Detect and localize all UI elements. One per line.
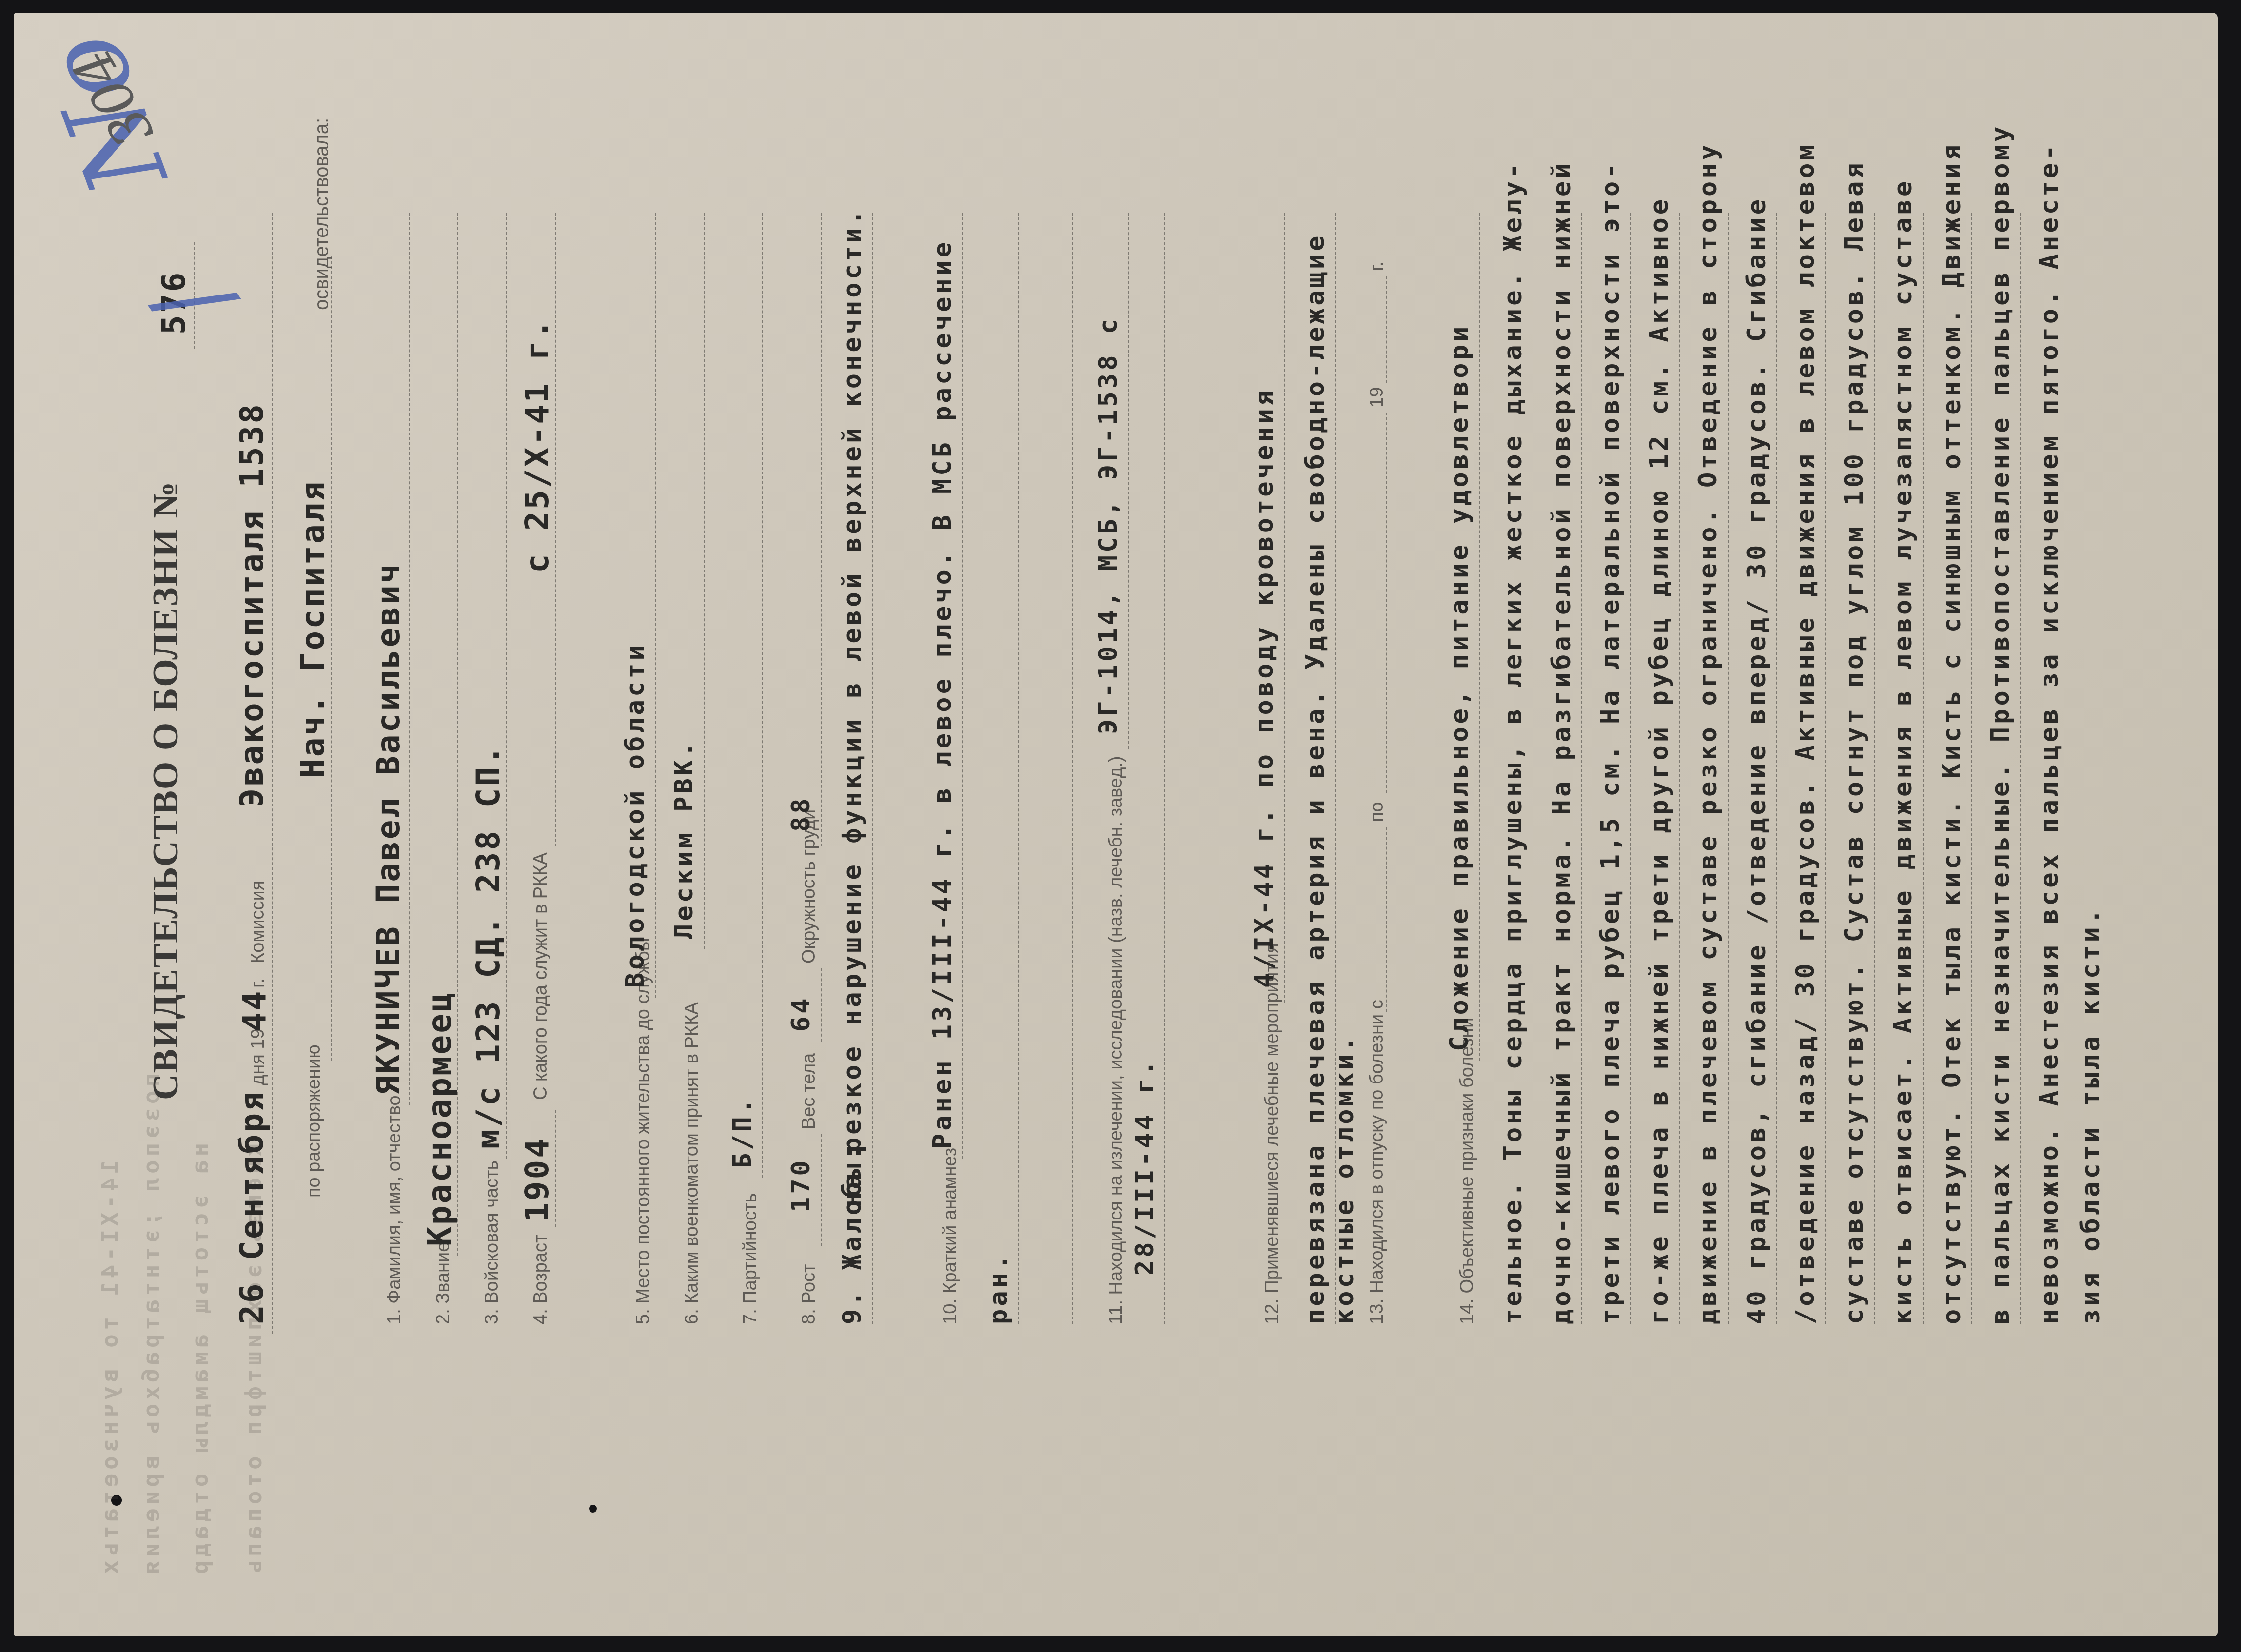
rule (331, 256, 332, 1061)
rule (1128, 213, 1129, 749)
field-9-value: на резкое нарушение функции в левой верх… (838, 207, 867, 1207)
rotated-page: 14-XI-41 то вучнзоетатьх позэпол ;этнтат… (14, 13, 2218, 1636)
rule (555, 213, 556, 846)
field-13-label: 13. Находился в отпуску по болезни с (1367, 1000, 1388, 1324)
document-sheet: 14-XI-41 то вучнзоетатьх позэпол ;этнтат… (14, 13, 2218, 1636)
rule (1630, 213, 1631, 1324)
field-10-label: 10. Краткий анамнез (940, 1148, 961, 1324)
field-8-chest-label: Окружность груди (799, 809, 820, 964)
rule (1874, 213, 1875, 1324)
field-14-label: 14. Объективные признаки болезни (1457, 1018, 1478, 1324)
field-8-label: 8. Рост (799, 1264, 820, 1324)
field-14-line: суставе отсутствуют. Сустав согнут под у… (1840, 160, 1869, 1324)
field-6-label: 6. Каким военкоматом принят в РККА (682, 1002, 703, 1324)
field-8-height-value: 170 (786, 1158, 816, 1212)
date-day-month: 26 Сентября (233, 1090, 271, 1324)
rule (1581, 213, 1582, 1324)
rule (409, 213, 410, 1105)
rule (1072, 213, 1073, 1324)
field-12-value: 4/IX-44 г. по поводу кровотечения (1250, 388, 1279, 988)
bleed-through-text: 14-XI-41 то вучнзоетатьх (97, 1160, 123, 1578)
field-14-line: невозможно. Анестезия всех пальцев за ис… (2035, 142, 2064, 1324)
field-14-line: тельное. Тоны сердца приглушены, в легки… (1498, 160, 1528, 1324)
field-14-line: кисть отвисает. Активные движения в лево… (1888, 178, 1918, 1324)
rule (1284, 213, 1285, 1003)
field-4-label: 4. Возраст (531, 1235, 551, 1324)
field-8-weight-label: Вес тела (799, 1053, 820, 1129)
rule (1728, 213, 1729, 1324)
rule (1479, 213, 1480, 1061)
rule (655, 213, 656, 998)
rule (1164, 213, 1165, 1324)
commission-value: Эвакогоспиталя 1538 (233, 402, 271, 807)
rule (821, 213, 822, 846)
rule (506, 213, 507, 1159)
commission-label: Комиссия (248, 881, 269, 964)
rule (272, 213, 273, 1334)
field-2-label: 2. Звание (433, 1242, 454, 1324)
field-4-value-2: с 25/X-41 г. (518, 317, 556, 573)
field-8-weight-value: 64 (786, 995, 816, 1032)
date-year-suffix: г. (248, 978, 269, 988)
field-12-continuation: перевязана плечевая артерия и вена. Удал… (1301, 233, 1330, 1324)
order-label: по распоряжению (304, 1044, 325, 1198)
field-13-to-line (1386, 413, 1387, 793)
field-14-line: в пальцах кисти незначительные. Противоп… (1986, 124, 2015, 1324)
document-title: СВИДЕТЕЛЬСТВО О БОЛЕЗНИ № (145, 481, 187, 1100)
field-14-line: движение в плечевом суставе резко ограни… (1693, 142, 1723, 1324)
rule (457, 213, 458, 1256)
field-13-to-label: по (1367, 802, 1388, 822)
rule (1533, 213, 1533, 1324)
rule (962, 213, 963, 1159)
field-4-label-2: С какого года служит в РККА (531, 852, 551, 1100)
rule (762, 213, 763, 1178)
field-14-line: зия области тыла кисти. (2076, 906, 2105, 1324)
field-10-value: Ранен 13/III-44 г. в левое плечо. В МСБ … (928, 239, 957, 1149)
field-5-value: Вологодской области (621, 642, 650, 988)
field-8-chest-value: 88 (786, 795, 816, 832)
field-14-line: го-же плеча в нижней трети другой рубец … (1645, 197, 1674, 1324)
field-11-value: ЭГ-1014, МСБ, ЭГ-1538 с (1094, 316, 1123, 734)
field-3-label: 3. Войсковая часть (482, 1160, 503, 1324)
field-11-label: 11. Находился на излечении, исследовании… (1106, 756, 1127, 1324)
date-year-label: дня 19 (248, 1028, 269, 1085)
rule (1971, 213, 1972, 1324)
field-14-line: /отведение назад/ 30 градусов. Активные … (1791, 142, 1820, 1324)
field-1-label: 1. Фамилия, имя, отчество (384, 1095, 405, 1324)
field-2-value: Красноармеец (421, 990, 458, 1246)
field-13-year-label: 19 (1367, 387, 1388, 408)
order-value: Нач. Госпиталя (294, 480, 332, 778)
rule (555, 1110, 556, 1227)
field-10-continuation: ран. (984, 1252, 1013, 1324)
field-1-value: ЯКУНИЧЕВ Павел Васильевич (370, 562, 407, 1095)
field-5-label: 5. Место постоянного жительства до служб… (633, 938, 654, 1324)
rule (1386, 276, 1387, 383)
field-13-suffix: г. (1367, 261, 1388, 271)
rule (821, 968, 822, 1042)
field-7-label: 7. Партийность (740, 1193, 761, 1324)
field-3-value: м/с 123 СД. 238 СП. (470, 744, 507, 1149)
field-12-continuation: костные отломки. (1330, 1033, 1359, 1324)
rule (1825, 213, 1826, 1324)
rule (1018, 213, 1019, 1324)
rule (704, 213, 705, 949)
rule (1923, 213, 1924, 1324)
field-4-value: 1904 (518, 1137, 556, 1222)
field-14-line: 40 градусов, сгибание /отведение вперед/… (1742, 197, 1771, 1324)
field-14-line: отсутствуют. Отек тыла кисти. Кисть с си… (1937, 142, 1966, 1324)
field-11-continuation: 28/III-44 г. (1130, 1057, 1160, 1276)
field-14-line: дочно-кишечный тракт норма. На разгибате… (1547, 160, 1576, 1324)
field-14-value: Сложение правильное, питание удовлетвори (1445, 324, 1474, 1051)
rule (1679, 213, 1680, 1324)
rule (821, 1134, 822, 1246)
date-year: 44 (236, 989, 273, 1032)
field-7-value: Б/П. (728, 1096, 757, 1168)
examined-label: освидетельствовала: (311, 118, 333, 310)
field-6-value: Леским РВК. (669, 739, 699, 939)
bleed-through-text: позэпол ;этнтатрабхоь вриелия (138, 1073, 164, 1578)
rule (2020, 213, 2021, 1324)
bleed-through-text: на эстотьщ амамдлы отдадр (187, 1143, 213, 1578)
rule (1776, 213, 1777, 1324)
field-13-from-line (1386, 827, 1387, 1012)
field-12-label: 12. Применявшиеся лечебные мероприятия (1262, 943, 1283, 1324)
field-14-line: трети левого плеча рубец 1,5 см. На лате… (1596, 160, 1625, 1324)
rule (872, 213, 873, 1324)
